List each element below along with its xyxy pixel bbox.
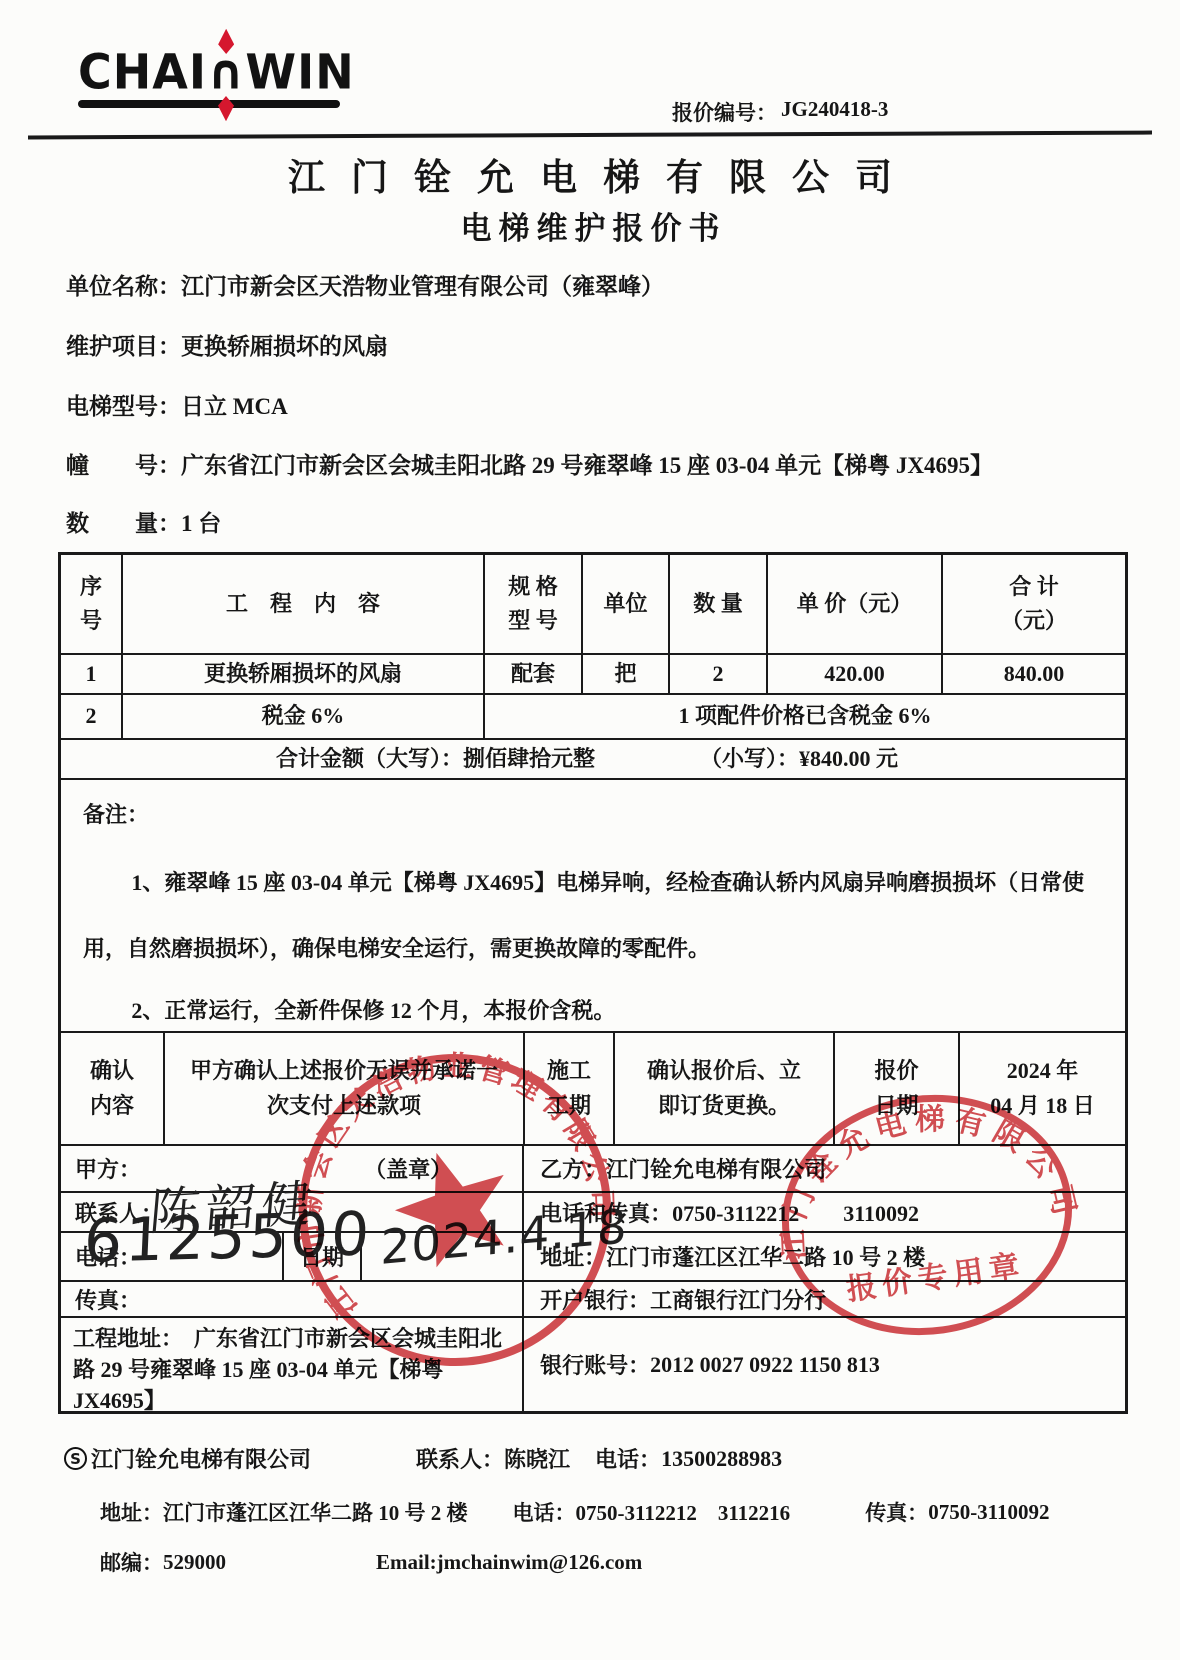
header-total: 合 计 （元） (941, 555, 1125, 653)
notes-section: 备注： 1、雍翠峰 15 座 03-04 单元【梯粤 JX4695】电梯异响，经… (61, 778, 1125, 1031)
footer-zip: 529000 (163, 1550, 226, 1575)
field-value: 日立 MCA (181, 388, 288, 421)
logo-text-right: WIN (245, 48, 354, 96)
telfax-value: 0750-3112212 3110092 (672, 1197, 919, 1228)
footer-zip-label: 邮编： (100, 1547, 163, 1577)
bank-label: 开户银行： (540, 1284, 650, 1315)
header-spec: 规 格 型 号 (483, 555, 581, 653)
header-divider (28, 131, 1152, 140)
cell-unit: 把 (581, 655, 668, 693)
footer-email: Email:jmchainwim@126.com (376, 1550, 642, 1575)
construction-period-value: 确认报价后、立 即订货更换。 (613, 1033, 833, 1144)
cell-tax: 税金 6% (121, 695, 483, 738)
table-row-1: 1 更换轿厢损坏的风扇 配套 把 2 420.00 840.00 (61, 653, 1125, 693)
company-title: 江门铨允电梯有限公司 (0, 147, 1180, 201)
field-label: 电梯型号： (66, 388, 181, 421)
field-label: 数 量： (66, 505, 181, 538)
fax-label: 传真： (61, 1284, 141, 1315)
footer-company-line: S 江门铨允电梯有限公司 联系人： 陈晓江 电话： 13500288983 (64, 1443, 782, 1474)
party-b-label: 乙方： (540, 1153, 606, 1184)
field-value: 江门市新会区天浩物业管理有限公司（雍翠峰） (181, 268, 664, 301)
cell-price: 420.00 (766, 655, 941, 693)
total-amount-words: 合计金额（大写）：捌佰肆拾元整 (276, 742, 595, 776)
header-unit: 单位 (581, 555, 668, 653)
header-seq: 序 号 (61, 555, 121, 653)
cell-spec: 配套 (483, 655, 581, 693)
address-value: 江门市蓬江区江华二路 10 号 2 楼 (606, 1241, 925, 1272)
account-value: 2012 0027 0922 1150 813 (650, 1352, 880, 1378)
table-total-row: 合计金额（大写）：捌佰肆拾元整 （小写）：¥840.00 元 (61, 738, 1125, 778)
footer-contact: 陈晓江 (504, 1443, 570, 1474)
chainwin-logo: CHAI ∩ WIN (78, 50, 348, 108)
field-unit-name: 单位名称： 江门市新会区天浩物业管理有限公司（雍翠峰） (66, 268, 664, 301)
field-elevator-model: 电梯型号： 日立 MCA (66, 388, 288, 421)
construction-period-label: 施工 工期 (523, 1033, 613, 1144)
cell-total: 840.00 (941, 655, 1125, 693)
footer-company: 江门铨允电梯有限公司 (91, 1443, 311, 1474)
note-item-1: 1、雍翠峰 15 座 03-04 单元【梯粤 JX4695】电梯异响，经检查确认… (83, 850, 1103, 982)
header-content: 工 程 内 容 (121, 555, 483, 653)
header-qty: 数 量 (668, 555, 766, 653)
project-address: 工程地址： 广东省江门市新会区会城圭阳北路 29 号雍翠峰 15 座 03-04… (61, 1318, 522, 1413)
handwritten-phone: 6125500 (83, 1199, 374, 1277)
footer-phone: 13500288983 (661, 1446, 782, 1472)
cell-qty: 2 (668, 655, 766, 693)
logo-underline (78, 100, 340, 108)
quote-number: 报价编号： JG240418-3 (672, 97, 888, 127)
seal-hint: （盖章） (364, 1153, 452, 1184)
bank-value: 工商银行江门分行 (650, 1284, 826, 1315)
table-row-2: 2 税金 6% 1 项配件价格已含税金 6% (61, 693, 1125, 738)
party-b-row: 乙方： 江门铨允电梯有限公司 (524, 1146, 1125, 1191)
logo-n-mark: ∩ (207, 48, 245, 96)
cell-seq: 2 (61, 695, 121, 738)
quote-number-label: 报价编号： (672, 97, 777, 127)
quote-date-label: 报价 日期 (833, 1033, 958, 1144)
party-b-account-row: 银行账号： 2012 0027 0922 1150 813 (524, 1316, 1125, 1411)
note-item-2: 2、正常运行，全新件保修 12 个月，本报价含税。 (83, 996, 1103, 1026)
party-b-value: 江门铨允电梯有限公司 (606, 1153, 826, 1184)
cell-tax-merged: 1 项配件价格已含税金 6% (483, 695, 1125, 738)
field-label: 幢 号： (66, 447, 181, 480)
footer-phone-label: 电话： (595, 1443, 661, 1474)
footer-contact-label: 联系人： (416, 1443, 504, 1474)
field-value: 1 台 (181, 505, 221, 538)
footer-address: 江门市蓬江区江华二路 10 号 2 楼 (163, 1497, 468, 1527)
party-a-address-row: 工程地址： 广东省江门市新会区会城圭阳北路 29 号雍翠峰 15 座 03-04… (61, 1316, 522, 1411)
field-quantity: 数 量： 1 台 (66, 505, 221, 538)
confirm-label: 确认 内容 (61, 1033, 163, 1144)
cell-seq: 1 (61, 655, 121, 693)
field-value: 更换轿厢损坏的风扇 (181, 328, 388, 361)
total-amount-figure: （小写）：¥840.00 元 (700, 742, 898, 776)
quotation-table: 序 号 工 程 内 容 规 格 型 号 单位 数 量 单 价（元） 合 计 （元… (58, 552, 1128, 1414)
footer-tel-label: 电话： (513, 1497, 576, 1527)
total-amount-cell: 合计金额（大写）：捌佰肆拾元整 （小写）：¥840.00 元 (61, 740, 1125, 778)
confirm-promise: 甲方确认上述报价无误并承诺一 次支付上述款项 (163, 1033, 523, 1144)
table-header-row: 序 号 工 程 内 容 规 格 型 号 单位 数 量 单 价（元） 合 计 （元… (61, 555, 1125, 653)
party-b-column: 乙方： 江门铨允电梯有限公司 电话和传真： 0750-3112212 31100… (522, 1146, 1125, 1411)
party-a-label: 甲方： (61, 1153, 141, 1184)
field-value: 广东省江门市新会区会城圭阳北路 29 号雍翠峰 15 座 03-04 单元【梯粤… (181, 447, 993, 480)
field-label: 维护项目： (66, 328, 181, 361)
footer-address-label: 地址： (100, 1497, 163, 1527)
footer-tel: 0750-3112212 3112216 (576, 1497, 791, 1527)
party-b-bank-row: 开户银行： 工商银行江门分行 (524, 1280, 1125, 1316)
field-label: 单位名称： (66, 268, 181, 301)
notes-label: 备注： (83, 800, 1103, 830)
quotation-document-page: CHAI ∩ WIN 报价编号： JG240418-3 江门铨允电梯有限公司 电… (0, 0, 1180, 1660)
cell-content: 更换轿厢损坏的风扇 (121, 655, 483, 693)
document-subtitle: 电梯维护报价书 (0, 203, 1180, 248)
quote-date-value: 2024 年 04 月 18 日 (958, 1033, 1125, 1144)
footer-zip-line: 邮编： 529000 Email:jmchainwim@126.com (100, 1547, 642, 1577)
logo-text-left: CHAI (78, 48, 207, 96)
field-building-number: 幢 号： 广东省江门市新会区会城圭阳北路 29 号雍翠峰 15 座 03-04 … (66, 447, 993, 480)
party-a-fax-row: 传真： (61, 1280, 522, 1316)
quote-number-value: JG240418-3 (781, 97, 888, 127)
field-maintenance-item: 维护项目： 更换轿厢损坏的风扇 (66, 328, 388, 361)
confirmation-row: 确认 内容 甲方确认上述报价无误并承诺一 次支付上述款项 施工 工期 确认报价后… (61, 1031, 1125, 1144)
account-label: 银行账号： (540, 1349, 650, 1380)
footer-address-line: 地址： 江门市蓬江区江华二路 10 号 2 楼 电话： 0750-3112212… (100, 1497, 1050, 1527)
header-price: 单 价（元） (766, 555, 941, 653)
footer-fax: 0750-3110092 (928, 1500, 1049, 1525)
footer-fax-label: 传真： (865, 1497, 928, 1527)
footer-logo-icon: S (64, 1447, 87, 1470)
